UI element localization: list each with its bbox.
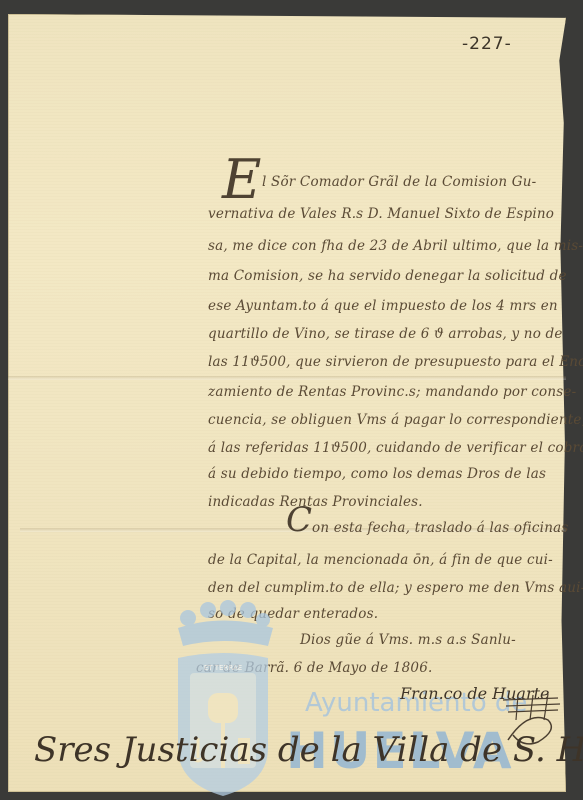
handwritten-line: á su debido tiempo, como los demas Dros … [208, 466, 546, 482]
handwritten-line: Dios gũe á Vms. m.s a.s Sanlu- [300, 632, 516, 648]
addressee: Sres Justicias de la Villa de S. Huelva [34, 730, 583, 770]
handwritten-line: den del cumplim.to de ella; y espero me … [208, 580, 583, 596]
handwritten-line: á las referidas 11ϑ500, cuidando de veri… [208, 440, 583, 456]
handwritten-line: ma Comision, se ha servido denegar la so… [208, 268, 567, 284]
handwritten-line: sa, me dice con fha de 23 de Abril ultim… [208, 238, 583, 254]
handwritten-line: cuencia, se obliguen Vms á pagar lo corr… [208, 412, 583, 428]
handwritten-line: ese Ayuntam.to á que el impuesto de los … [208, 298, 558, 314]
handwritten-line: de la Capital, la mencionada ōn, á fin d… [208, 552, 553, 568]
drop-cap: E [222, 148, 261, 211]
page-number: -227- [462, 34, 512, 54]
handwritten-line: quartillo de Vino, se tirase de 6 ϑ arro… [208, 326, 563, 342]
handwritten-line: vernativa de Vales R.s D. Manuel Sixto d… [208, 206, 554, 222]
crest-motto-top: ET TERRAE [204, 664, 242, 672]
handwritten-line: l Sõr Comador Grãl de la Comision Gu- [262, 174, 536, 190]
handwritten-line: indicadas Rentas Provinciales. [208, 494, 423, 510]
handwritten-line: zamiento de Rentas Provinc.s; mandando p… [208, 384, 576, 400]
fold-crease [8, 376, 566, 380]
paragraph-cap: C [286, 500, 312, 540]
handwritten-line: on esta fecha, traslado á las oficinas [312, 520, 568, 536]
handwritten-line: las 11ϑ500, que sirvieron de presupuesto… [208, 354, 583, 370]
